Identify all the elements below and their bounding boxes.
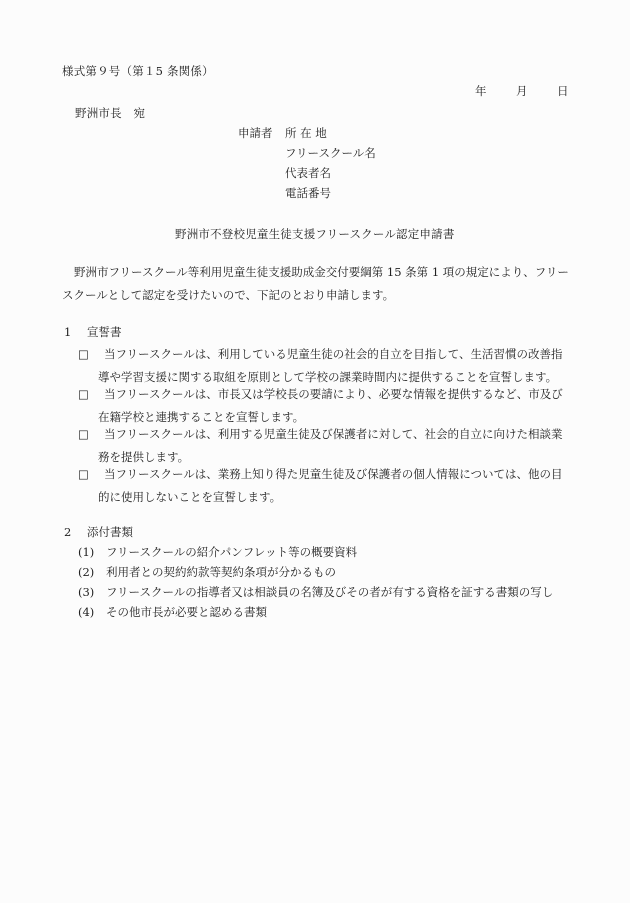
section-2-number: 2 — [64, 527, 71, 539]
attachment-number: (4) — [78, 607, 106, 619]
checkbox-icon[interactable]: □ — [78, 383, 104, 406]
document-title: 野洲市不登校児童生徒支援フリースクール認定申請書 — [175, 229, 455, 241]
checkbox-icon[interactable]: □ — [78, 463, 104, 486]
oath-item-text-4b: 的に使用しないことを宣誓します。 — [78, 486, 570, 509]
applicant-field-phone: 電話番号 — [285, 188, 331, 200]
oath-item-text-1a: 当フリースクールは、利用している児童生徒の社会的自立を目指して、生活習慣の改善指 — [104, 347, 563, 361]
intro-line-1: 野洲市フリースクール等利用児童生徒支援助成金交付要綱第 15 条第 1 項の規定… — [62, 261, 572, 284]
applicant-field-address: 所 在 地 — [285, 128, 327, 140]
date-month-label: 月 — [516, 86, 528, 98]
checkbox-icon[interactable]: □ — [78, 423, 104, 446]
intro-line-2: スクールとして認定を受けたいので、下記のとおり申請します。 — [62, 284, 572, 307]
date-year-label: 年 — [475, 86, 487, 98]
applicant-field-representative: 代表者名 — [285, 168, 331, 180]
attachment-number: (3) — [78, 587, 106, 599]
oath-item-text-2a: 当フリースクールは、市長又は学校長の要請により、必要な情報を提供するなど、市及び — [104, 387, 563, 401]
applicant-field-school-name: フリースクール名 — [285, 148, 376, 160]
oath-item-text-3a: 当フリースクールは、利用する児童生徒及び保護者に対して、社会的自立に向けた相談業 — [104, 427, 563, 441]
section-1-heading: 宣誓書 — [87, 327, 122, 339]
addressee: 野洲市長 宛 — [75, 108, 145, 120]
applicant-label: 申請者 — [238, 128, 273, 140]
oath-item-text-4a: 当フリースクールは、業務上知り得た児童生徒及び保護者の個人情報については、他の目 — [104, 467, 563, 481]
section-2-heading: 添付書類 — [87, 527, 133, 539]
attachment-item-3: (3)フリースクールの指導者又は相談員の名簿及びその者が有する資格を証する書類の… — [78, 587, 553, 599]
date-day-label: 日 — [557, 86, 569, 98]
form-number: 様式第９号（第１5 条関係） — [62, 66, 214, 78]
attachment-item-2: (2)利用者との契約約款等契約条項が分かるもの — [78, 567, 336, 579]
attachment-number: (2) — [78, 567, 106, 579]
attachment-text: 利用者との契約約款等契約条項が分かるもの — [106, 565, 336, 579]
intro-paragraph: 野洲市フリースクール等利用児童生徒支援助成金交付要綱第 15 条第 1 項の規定… — [62, 261, 572, 307]
attachment-text: フリースクールの指導者又は相談員の名簿及びその者が有する資格を証する書類の写し — [106, 585, 553, 599]
oath-item-4: □当フリースクールは、業務上知り得た児童生徒及び保護者の個人情報については、他の… — [78, 463, 570, 509]
attachment-text: その他市長が必要と認める書類 — [106, 605, 267, 619]
attachment-text: フリースクールの紹介パンフレット等の概要資料 — [106, 545, 357, 559]
checkbox-icon[interactable]: □ — [78, 343, 104, 366]
attachment-item-1: (1)フリースクールの紹介パンフレット等の概要資料 — [78, 547, 357, 559]
section-1-number: 1 — [64, 327, 71, 339]
attachment-item-4: (4)その他市長が必要と認める書類 — [78, 607, 267, 619]
attachment-number: (1) — [78, 547, 106, 559]
